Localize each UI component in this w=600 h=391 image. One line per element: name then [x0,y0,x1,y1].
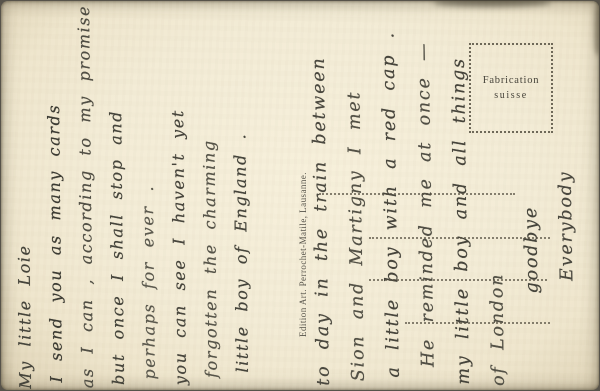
message-line: Sion and Martigny I met [336,8,377,389]
publisher-imprint: Edition Art. Perrochet-Matile, Lausanne. [298,172,308,337]
message-line: you can see I haven't yet [162,9,197,387]
message-line: forgotten the charming [193,9,228,387]
message-line: as I can , according to my promise [69,10,104,388]
message-line: My little Loie [7,11,42,389]
message-line: perhaps for ever . [131,9,166,387]
stamp-box-label-fabrication: Fabrication [483,75,540,86]
message-line: but once I shall stop and [100,10,135,388]
postcard-photo: { "postcard": { "stamp_box": { "line1": … [0,0,600,391]
stamp-box: Fabrication suisse [469,43,553,133]
handwritten-message-left: My little Loie I send you as many cards … [7,8,259,389]
message-line: little boy of England . [224,8,259,386]
message-line: a little boy with a red cap . [371,7,412,388]
stamp-box-label-suisse: suisse [494,90,528,101]
address-line [319,193,515,195]
message-line: He reminded me at once — [406,7,447,388]
edge-shadow-right [594,3,600,55]
message-line: I send you as many cards [38,10,73,388]
postcard-back: My little Loie I send you as many cards … [1,1,599,390]
address-line [369,237,550,239]
address-line [405,322,550,324]
address-line [369,279,547,281]
